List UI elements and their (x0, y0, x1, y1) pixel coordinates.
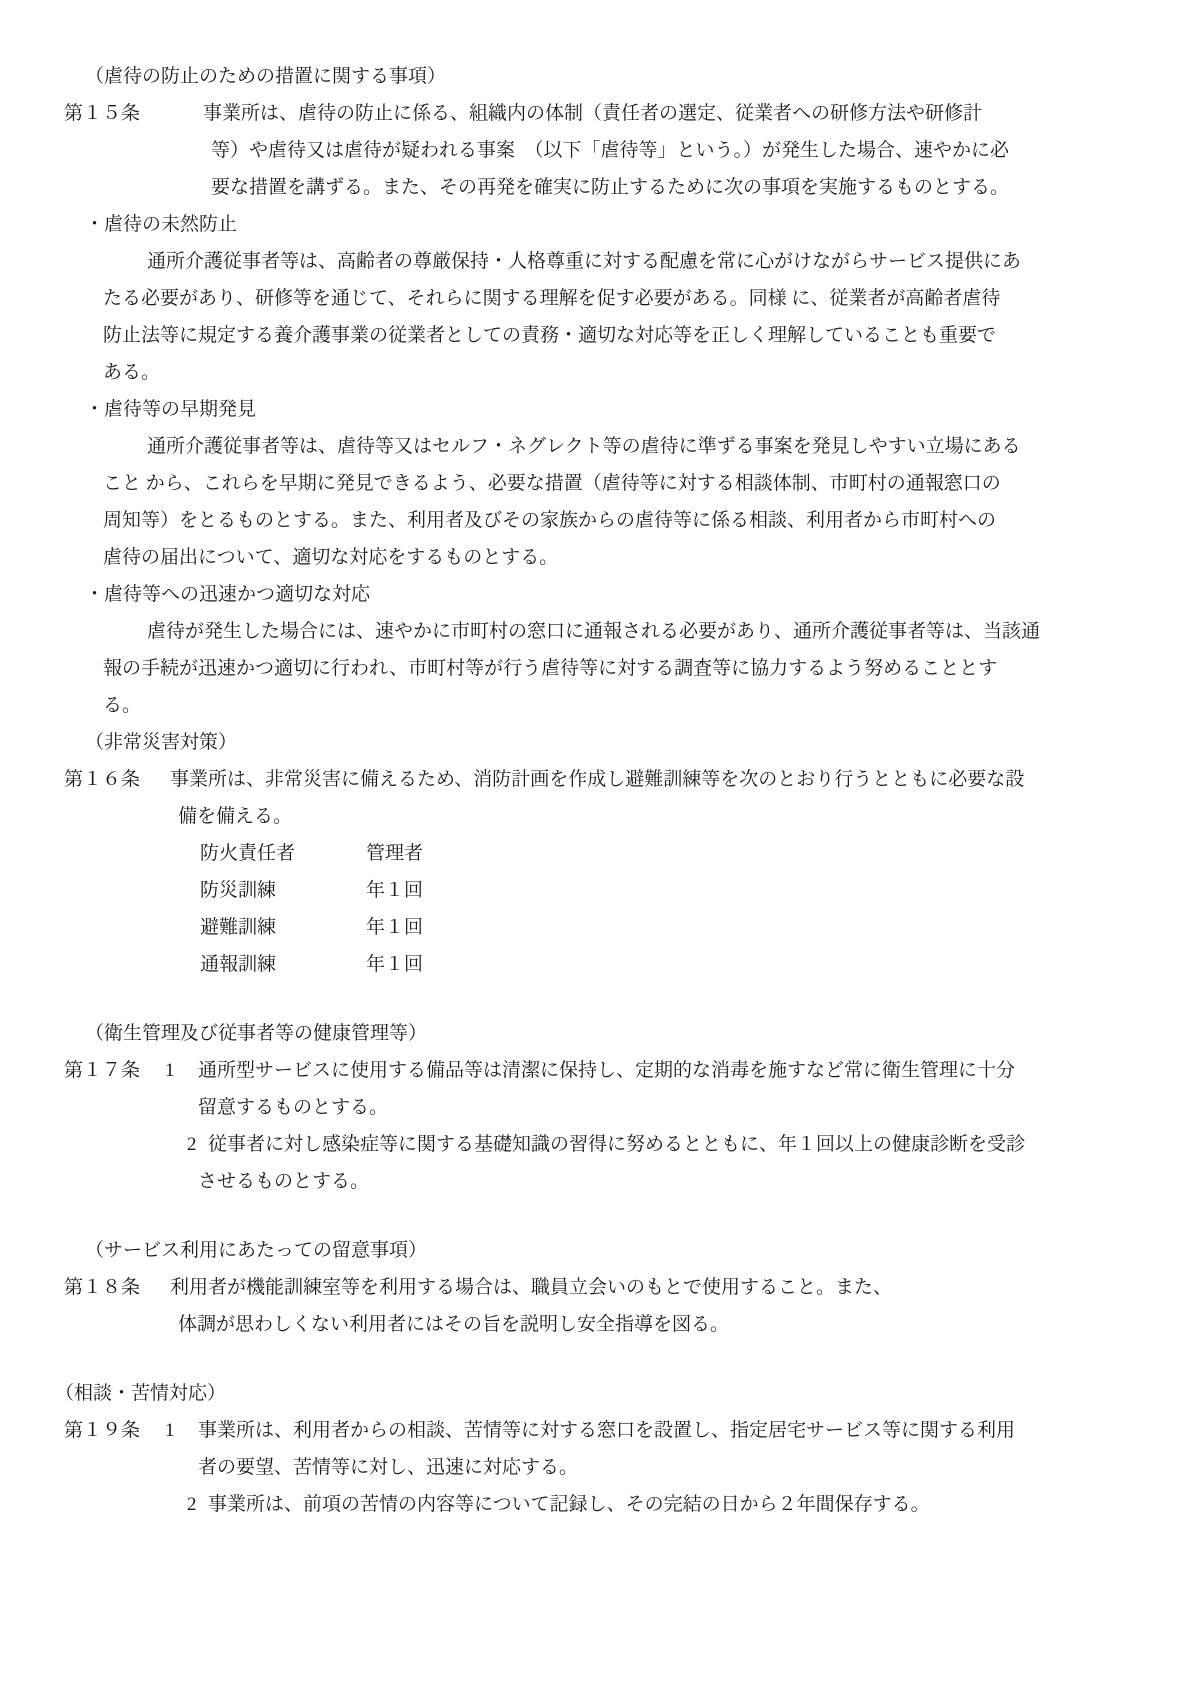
bullet-prompt-response-line-3: る。 (103, 687, 1191, 724)
table-label: 防災訓練 (200, 872, 366, 909)
article-15-line-2: 等）や虐待又は虐待が疑われる事案 （以下「虐待等」という。）が発生した場合、速や… (211, 132, 1191, 169)
bullet-title-early-detection: ・虐待等の早期発見 (85, 391, 1191, 428)
bullet-early-detection-line-3: 周知等）をとるものとする。また、利用者及びその家族からの虐待等に係る相談、利用者… (103, 502, 1191, 539)
fire-safety-table-row: 防火責任者管理者 (200, 835, 1191, 872)
article-19-number: 第１９条 (64, 1412, 165, 1449)
article-18-line-1: 利用者が機能訓練室等を利用する場合は、職員立会いのもとで使用すること。また、 (170, 1277, 892, 1298)
article-18-first-line: 第１８条利用者が機能訓練室等を利用する場合は、職員立会いのもとで使用すること。ま… (64, 1269, 1191, 1306)
bullet-prevention-line-4: ある。 (103, 354, 1191, 391)
table-value: 年１回 (366, 954, 423, 975)
bullet-early-detection-line-2: こと から、これらを早期に発見できるよう、必要な措置（虐待等に対する相談体制、市… (103, 465, 1191, 502)
bullet-prevention-line-1: 通所介護従事者等は、高齢者の尊厳保持・人格尊重に対する配慮を常に心がけながらサー… (147, 243, 1191, 280)
article-17-item-1-line-1: 通所型サービスに使用する備品等は清潔に保持し、定期的な消毒を施すなど常に衛生管理… (198, 1060, 1015, 1081)
article-18-line-2: 体調が思わしくない利用者にはその旨を説明し安全指導を図る。 (178, 1306, 1191, 1343)
bullet-title-prevention: ・虐待の未然防止 (85, 206, 1191, 243)
bullet-early-detection-line-4: 虐待の届出について、適切な対応をするものとする。 (103, 539, 1191, 576)
article-17-number: 第１７条 (64, 1052, 165, 1089)
article-16-line-2: 備を備える。 (178, 798, 1191, 835)
article-19-item-1-line-2: 者の要望、苦情等に対し、迅速に対応する。 (198, 1449, 1191, 1486)
table-label: 避難訓練 (200, 909, 366, 946)
table-value: 年１回 (366, 917, 423, 938)
bullet-prevention-line-3: 防止法等に規定する養介護事業の従業者としての責務・適切な対応等を正しく理解してい… (103, 317, 1191, 354)
section-heading-abuse-prevention: （虐待の防止のための措置に関する事項） (85, 58, 1191, 95)
article-17-item-1-line-2: 留意するものとする。 (198, 1089, 1191, 1126)
article-18-number: 第１８条 (64, 1269, 170, 1306)
bullet-early-detection-line-1: 通所介護従事者等は、虐待等又はセルフ・ネグレクト等の虐待に準ずる事案を発見しやす… (147, 428, 1191, 465)
article-15-line-1: 事業所は、虐待の防止に係る、組織内の体制（責任者の選定、従業者への研修方法や研修… (203, 103, 982, 124)
article-17-item-2-line-2: させるものとする。 (198, 1163, 1191, 1200)
bullet-prompt-response-line-1: 虐待が発生した場合には、速やかに市町村の窓口に通報される必要があり、通所介護従事… (147, 613, 1191, 650)
article-19-item-2-line-1: 2事業所は、前項の苦情の内容等について記録し、その完結の日から２年間保存する。 (187, 1486, 1191, 1523)
article-15-number: 第１５条 (64, 95, 203, 132)
article-19-item-2-text: 事業所は、前項の苦情の内容等について記録し、その完結の日から２年間保存する。 (208, 1494, 930, 1515)
table-value: 年１回 (366, 880, 423, 901)
section-heading-disaster: （非常災害対策） (85, 724, 1191, 761)
article-19-item-1-line-1: 事業所は、利用者からの相談、苦情等に対する窓口を設置し、指定居宅サービス等に関す… (198, 1420, 1015, 1441)
article-17-item-2-text: 従事者に対し感染症等に関する基礎知識の習得に努めるとともに、年１回以上の健康診断… (208, 1134, 1025, 1155)
bullet-title-prompt-response: ・虐待等への迅速かつ適切な対応 (85, 576, 1191, 613)
section-heading-service-use: （サービス利用にあたっての留意事項） (85, 1232, 1191, 1269)
article-15-first-line: 第１５条事業所は、虐待の防止に係る、組織内の体制（責任者の選定、従業者への研修方… (64, 95, 1191, 132)
article-16-line-1: 事業所は、非常災害に備えるため、消防計画を作成し避難訓練等を次のとおり行うととも… (170, 769, 1024, 790)
bullet-prompt-response-line-2: 報の手続が迅速かつ適切に行われ、市町村等が行う虐待等に対する調査等に協力するよう… (103, 650, 1191, 687)
article-17-item-2-line-1: 2従事者に対し感染症等に関する基礎知識の習得に努めるとともに、年１回以上の健康診… (187, 1126, 1191, 1163)
article-17-item-2-number: 2 (187, 1126, 208, 1163)
section-heading-complaints: （相談・苦情対応） (55, 1375, 1191, 1412)
article-16-number: 第１６条 (64, 761, 170, 798)
article-17-first-line: 第１７条1通所型サービスに使用する備品等は清潔に保持し、定期的な消毒を施すなど常… (64, 1052, 1191, 1089)
fire-safety-table-row: 避難訓練年１回 (200, 909, 1191, 946)
article-15-line-3: 要な措置を講ずる。また、その再発を確実に防止するために次の事項を実施するものとす… (211, 169, 1191, 206)
article-19-item-2-number: 2 (187, 1486, 208, 1523)
article-19-item-1-number: 1 (165, 1412, 198, 1449)
table-value: 管理者 (366, 843, 423, 864)
fire-safety-table-row: 防災訓練年１回 (200, 872, 1191, 909)
article-17-item-1-number: 1 (165, 1052, 198, 1089)
article-19-first-line: 第１９条1事業所は、利用者からの相談、苦情等に対する窓口を設置し、指定居宅サービ… (64, 1412, 1191, 1449)
bullet-prevention-line-2: たる必要があり、研修等を通じて、それらに関する理解を促す必要がある。同様 に、従… (103, 280, 1191, 317)
table-label: 通報訓練 (200, 946, 366, 983)
fire-safety-table-row: 通報訓練年１回 (200, 946, 1191, 983)
section-heading-hygiene: （衛生管理及び従事者等の健康管理等） (85, 1015, 1191, 1052)
table-label: 防火責任者 (200, 835, 366, 872)
document-page: （虐待の防止のための措置に関する事項） 第１５条事業所は、虐待の防止に係る、組織… (0, 0, 1191, 1684)
article-16-first-line: 第１６条事業所は、非常災害に備えるため、消防計画を作成し避難訓練等を次のとおり行… (64, 761, 1191, 798)
